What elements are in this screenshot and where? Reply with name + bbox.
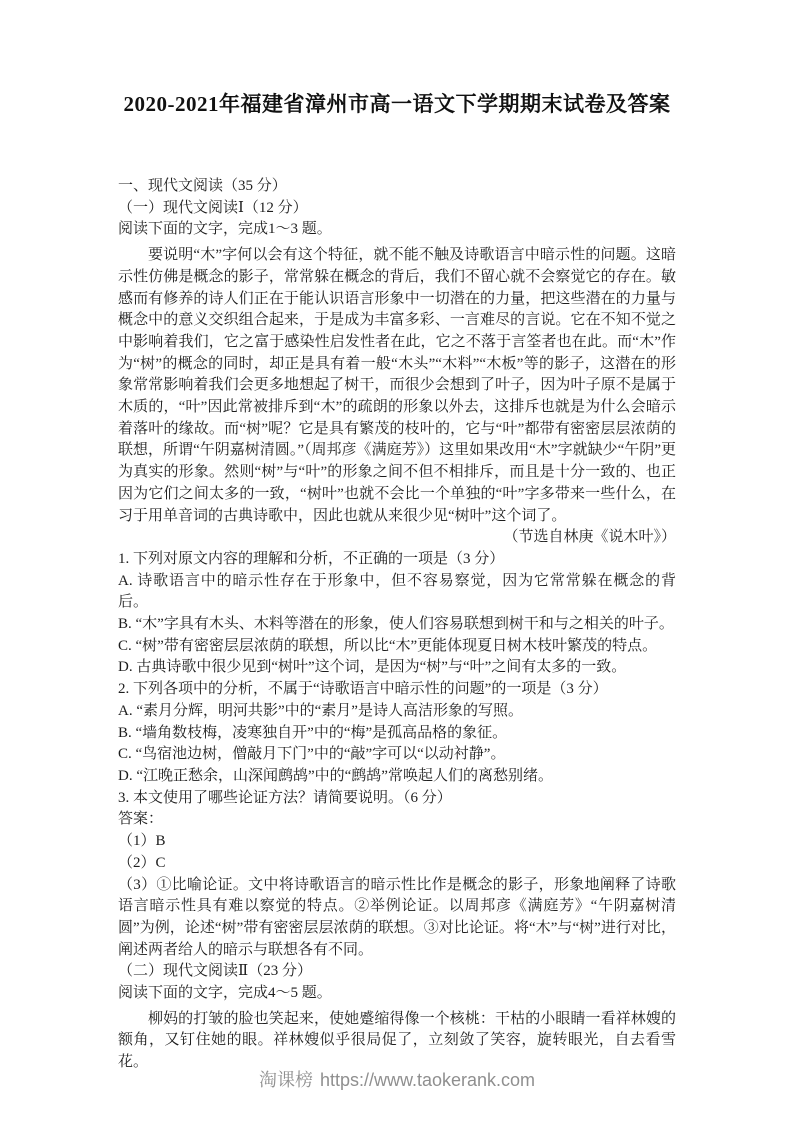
page-footer: 淘课榜https://www.taokerank.com — [0, 1066, 794, 1092]
question-2-option-a: A. “素月分辉，明河共影”中的“素月”是诗人高洁形象的写照。 — [118, 701, 676, 723]
reading-passage-1: 要说明“木”字何以会有这个特征，就不能不触及诗歌语言中暗示性的问题。这暗示性仿佛… — [118, 245, 676, 527]
question-2-option-b: B. “墙角数枝梅，凌寒独自开”中的“梅”是孤高品格的象征。 — [118, 723, 676, 745]
answer-2: （2）C — [118, 853, 676, 875]
question-2-option-d: D. “江晚正愁余，山深闻鹧鸪”中的“鹧鸪”常唤起人们的离愁别绪。 — [118, 766, 676, 788]
question-3: 3. 本文使用了哪些论证方法？请简要说明。（6 分） — [118, 788, 676, 810]
instruction-line-2: 阅读下面的文字，完成4～5 题。 — [118, 983, 676, 1005]
question-2: 2. 下列各项中的分析，不属于“诗歌语言中暗示性的问题”的一项是（3 分） — [118, 679, 676, 701]
answer-3: （3）①比喻论证。文中将诗歌语言的暗示性比作是概念的影子，形象地阐释了诗歌语言暗… — [118, 875, 676, 962]
section-heading-1: 一、现代文阅读（35 分） — [118, 176, 676, 198]
document-body: 一、现代文阅读（35 分）（一）现代文阅读Ⅰ（12 分）阅读下面的文字，完成1～… — [118, 176, 676, 1074]
source-attribution: （节选自林庚《说木叶》） — [118, 527, 676, 549]
question-1: 1. 下列对原文内容的理解和分析，不正确的一项是（3 分） — [118, 549, 676, 571]
subsection-heading-1: （一）现代文阅读Ⅰ（12 分） — [118, 198, 676, 220]
question-1-option-a: A. 诗歌语言中的暗示性存在于形象中，但不容易察觉，因为它常常躲在概念的背后。 — [118, 571, 676, 614]
footer-site-url: https://www.taokerank.com — [320, 1070, 535, 1090]
document-page: 2020-2021年福建省漳州市高一语文下学期期末试卷及答案 一、现代文阅读（3… — [0, 0, 794, 1122]
document-title: 2020-2021年福建省漳州市高一语文下学期期末试卷及答案 — [110, 88, 684, 118]
question-2-option-c: C. “鸟宿池边树，僧敲月下门”中的“敲”字可以“以动衬静”。 — [118, 744, 676, 766]
answers-label: 答案： — [118, 809, 676, 831]
reading-passage-2: 柳妈的打皱的脸也笑起来，使她蹙缩得像一个核桃：干枯的小眼睛一看祥林嫂的额角，又钉… — [118, 1009, 676, 1074]
question-1-option-b: B. “木”字具有木头、木料等潜在的形象，使人们容易联想到树干和与之相关的叶子。 — [118, 614, 676, 636]
footer-site-name: 淘课榜 — [259, 1070, 313, 1090]
question-1-option-d: D. 古典诗歌中很少见到“树叶”这个词，是因为“树”与“叶”之间有太多的一致。 — [118, 657, 676, 679]
instruction-line-1: 阅读下面的文字，完成1～3 题。 — [118, 219, 676, 241]
question-1-option-c: C. “树”带有密密层层浓荫的联想，所以比“木”更能体现夏日树木枝叶繁茂的特点。 — [118, 636, 676, 658]
subsection-heading-2: （二）现代文阅读Ⅱ（23 分） — [118, 961, 676, 983]
answer-1: （1）B — [118, 831, 676, 853]
